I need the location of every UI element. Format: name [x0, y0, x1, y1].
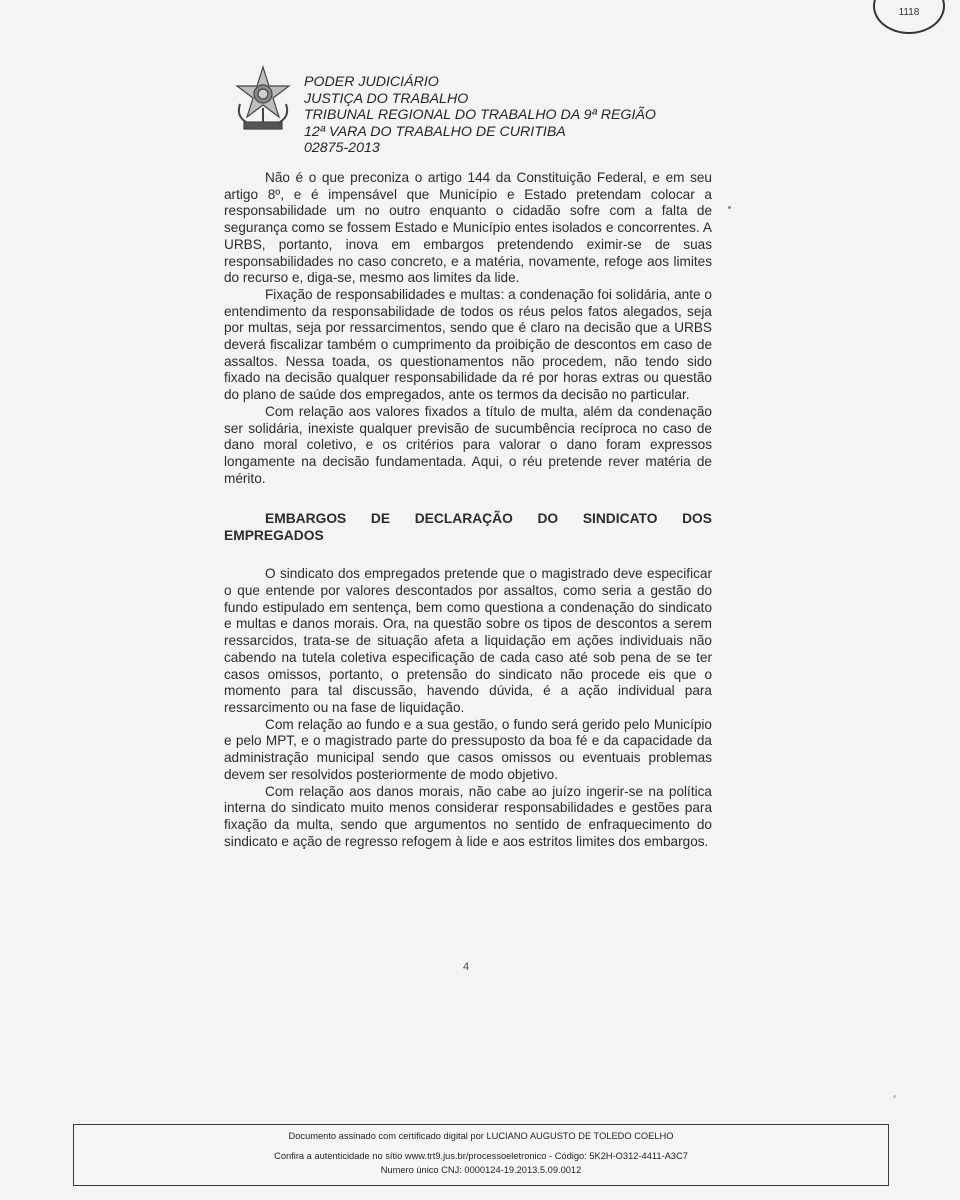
heading-word: DO	[537, 510, 558, 527]
document-header: PODER JUDICIÁRIO JUSTIÇA DO TRABALHO TRI…	[232, 64, 656, 157]
heading-word: SINDICATO	[583, 510, 658, 527]
header-line-labor-justice: JUSTIÇA DO TRABALHO	[304, 91, 656, 108]
page-stamp-number: 1118	[899, 7, 920, 18]
paragraph: O sindicato dos empregados pretende que …	[224, 566, 712, 716]
paragraph: Com relação aos danos morais, não cabe a…	[224, 784, 712, 851]
heading-word: DE	[371, 510, 390, 527]
header-line-regional-tribunal: TRIBUNAL REGIONAL DO TRABALHO DA 9ª REGI…	[304, 107, 656, 124]
heading-word: EMBARGOS	[265, 510, 346, 527]
paragraph: Fixação de responsabilidades e multas: a…	[224, 287, 712, 404]
document-body: Não é o que preconiza o artigo 144 da Co…	[224, 170, 712, 850]
page-stamp: 1118	[873, 0, 945, 34]
header-line-case-number: 02875-2013	[304, 140, 656, 157]
page-number: 4	[463, 961, 469, 973]
cnj-number-line: Numero único CNJ: 0000124-19.2013.5.09.0…	[74, 1165, 888, 1175]
digital-signature-box: Documento assinado com certificado digit…	[73, 1124, 889, 1186]
brazil-coat-of-arms-icon	[232, 64, 294, 134]
header-lines: PODER JUDICIÁRIO JUSTIÇA DO TRABALHO TRI…	[304, 64, 656, 157]
paragraph: Com relação ao fundo e a sua gestão, o f…	[224, 717, 712, 784]
signature-line: Documento assinado com certificado digit…	[74, 1131, 888, 1141]
heading-line-2: EMPREGADOS	[224, 527, 712, 544]
scan-speck	[728, 206, 731, 209]
heading-word: DOS	[682, 510, 712, 527]
authenticity-line: Confira a autenticidade no sítio www.trt…	[74, 1151, 888, 1161]
heading-word: DECLARAÇÃO	[415, 510, 513, 527]
section-heading: EMBARGOS DE DECLARAÇÃO DO SINDICATO DOS …	[224, 510, 712, 544]
paragraph: Não é o que preconiza o artigo 144 da Co…	[224, 170, 712, 287]
header-line-judiciary: PODER JUDICIÁRIO	[304, 74, 656, 91]
scan-speck	[893, 1095, 896, 1098]
paragraph: Com relação aos valores fixados a título…	[224, 404, 712, 488]
header-line-court: 12ª VARA DO TRABALHO DE CURITIBA	[304, 124, 656, 141]
